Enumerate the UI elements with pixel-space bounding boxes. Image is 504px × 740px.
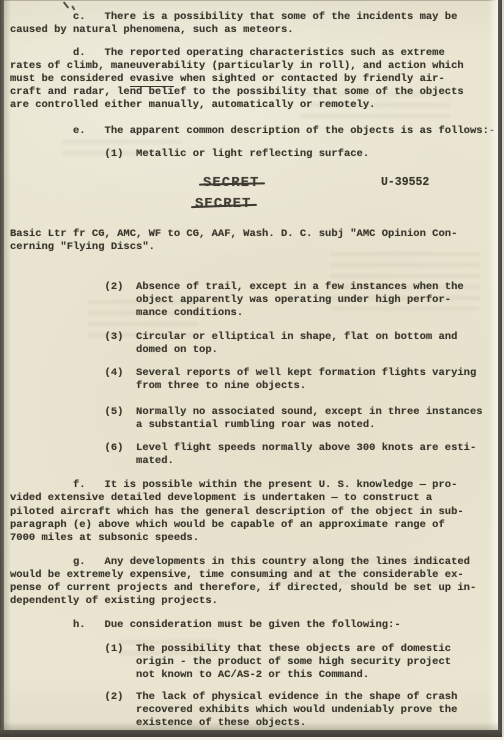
typewritten-line: piloted aircraft which has the general d…	[10, 506, 464, 518]
typewritten-line: from three to nine objects.	[10, 380, 306, 392]
typewritten-line: paragraph (e) above which would be capab…	[10, 519, 445, 531]
page-edge-right-highlight	[488, 0, 498, 740]
typewritten-line: cerning "Flying Discs".	[10, 241, 155, 253]
typewritten-line-with-underline: must be considered evasive when sighted …	[10, 73, 445, 85]
typewritten-line: domed on top.	[10, 344, 218, 356]
underlined-word-evasive: evasive	[130, 73, 174, 87]
typewritten-line: dependently of existing projects.	[10, 595, 218, 607]
typewritten-line: origin - the product of some high securi…	[10, 656, 451, 668]
typewritten-line: craft and radar, lend belief to the poss…	[10, 86, 464, 98]
typewritten-line: caused by natural phenomena, such as met…	[10, 24, 294, 36]
page-edge-top	[0, 0, 504, 1]
typewritten-line: (2) Absence of trail, except in a few in…	[10, 281, 464, 293]
typewritten-line: pense of current projects and therefore,…	[10, 582, 476, 594]
typewritten-line: are controlled either manually, automati…	[10, 99, 375, 111]
typewritten-line: (6) Level flight speeds normally above 3…	[10, 442, 476, 454]
typewritten-line: f. It is possible within the present U. …	[10, 479, 457, 491]
typewritten-line: 7000 miles at subsonic speeds.	[10, 532, 199, 544]
typewritten-line: would be extremely expensive, time consu…	[10, 569, 464, 581]
control-number: U-39552	[381, 176, 429, 189]
typewritten-line: (4) Several reports of well kept formati…	[10, 367, 476, 379]
typewritten-line: (1) Metallic or light reflecting surface…	[10, 148, 369, 160]
stray-pen-mark	[63, 1, 70, 9]
page-edge-left-shadow	[4, 0, 11, 740]
typewritten-line: mance conditions.	[10, 307, 243, 319]
typewritten-line: not known to AC/AS-2 or this Command.	[10, 669, 369, 681]
page-edge-bottom-outer	[0, 737, 504, 740]
typewritten-line: d. The reported operating characteristic…	[10, 47, 445, 59]
line-segment: when sighted or contacted by friendly ai…	[174, 73, 445, 85]
typewritten-line: rates of climb, maneuverability (particu…	[10, 60, 464, 72]
typewritten-line: g. Any developments in this country alon…	[10, 556, 470, 568]
page-edge-bottom-shadow	[0, 722, 501, 730]
stray-pen-mark	[71, 5, 75, 10]
document-page: c. There is a possibility that some of t…	[0, 0, 504, 740]
typewritten-line: (1) The possibility that these objects a…	[10, 643, 451, 655]
typewritten-line: a substantial rumbling roar was noted.	[10, 419, 375, 431]
typewritten-line: h. Due consideration must be given the f…	[10, 619, 401, 631]
typewritten-line: object apparently was operating under hi…	[10, 294, 451, 306]
typewritten-line: vided extensive detailed development is …	[10, 492, 432, 504]
typewritten-line: c. There is a possibility that some of t…	[10, 11, 457, 23]
typewritten-line: mated.	[10, 455, 174, 467]
line-segment: must be considered	[10, 73, 130, 85]
typewritten-line: Basic Ltr fr CG, AMC, WF to CG, AAF, Was…	[10, 228, 457, 240]
typewritten-line: (5) Normally no associated sound, except…	[10, 406, 483, 418]
typewritten-line: recovered exhibits which would undeniabl…	[10, 704, 457, 716]
typewritten-line: (3) Circular or elliptical in shape, fla…	[10, 331, 457, 343]
typewritten-line: (2) The lack of physical evidence in the…	[10, 691, 457, 703]
typewritten-line: e. The apparent common description of th…	[10, 125, 495, 137]
